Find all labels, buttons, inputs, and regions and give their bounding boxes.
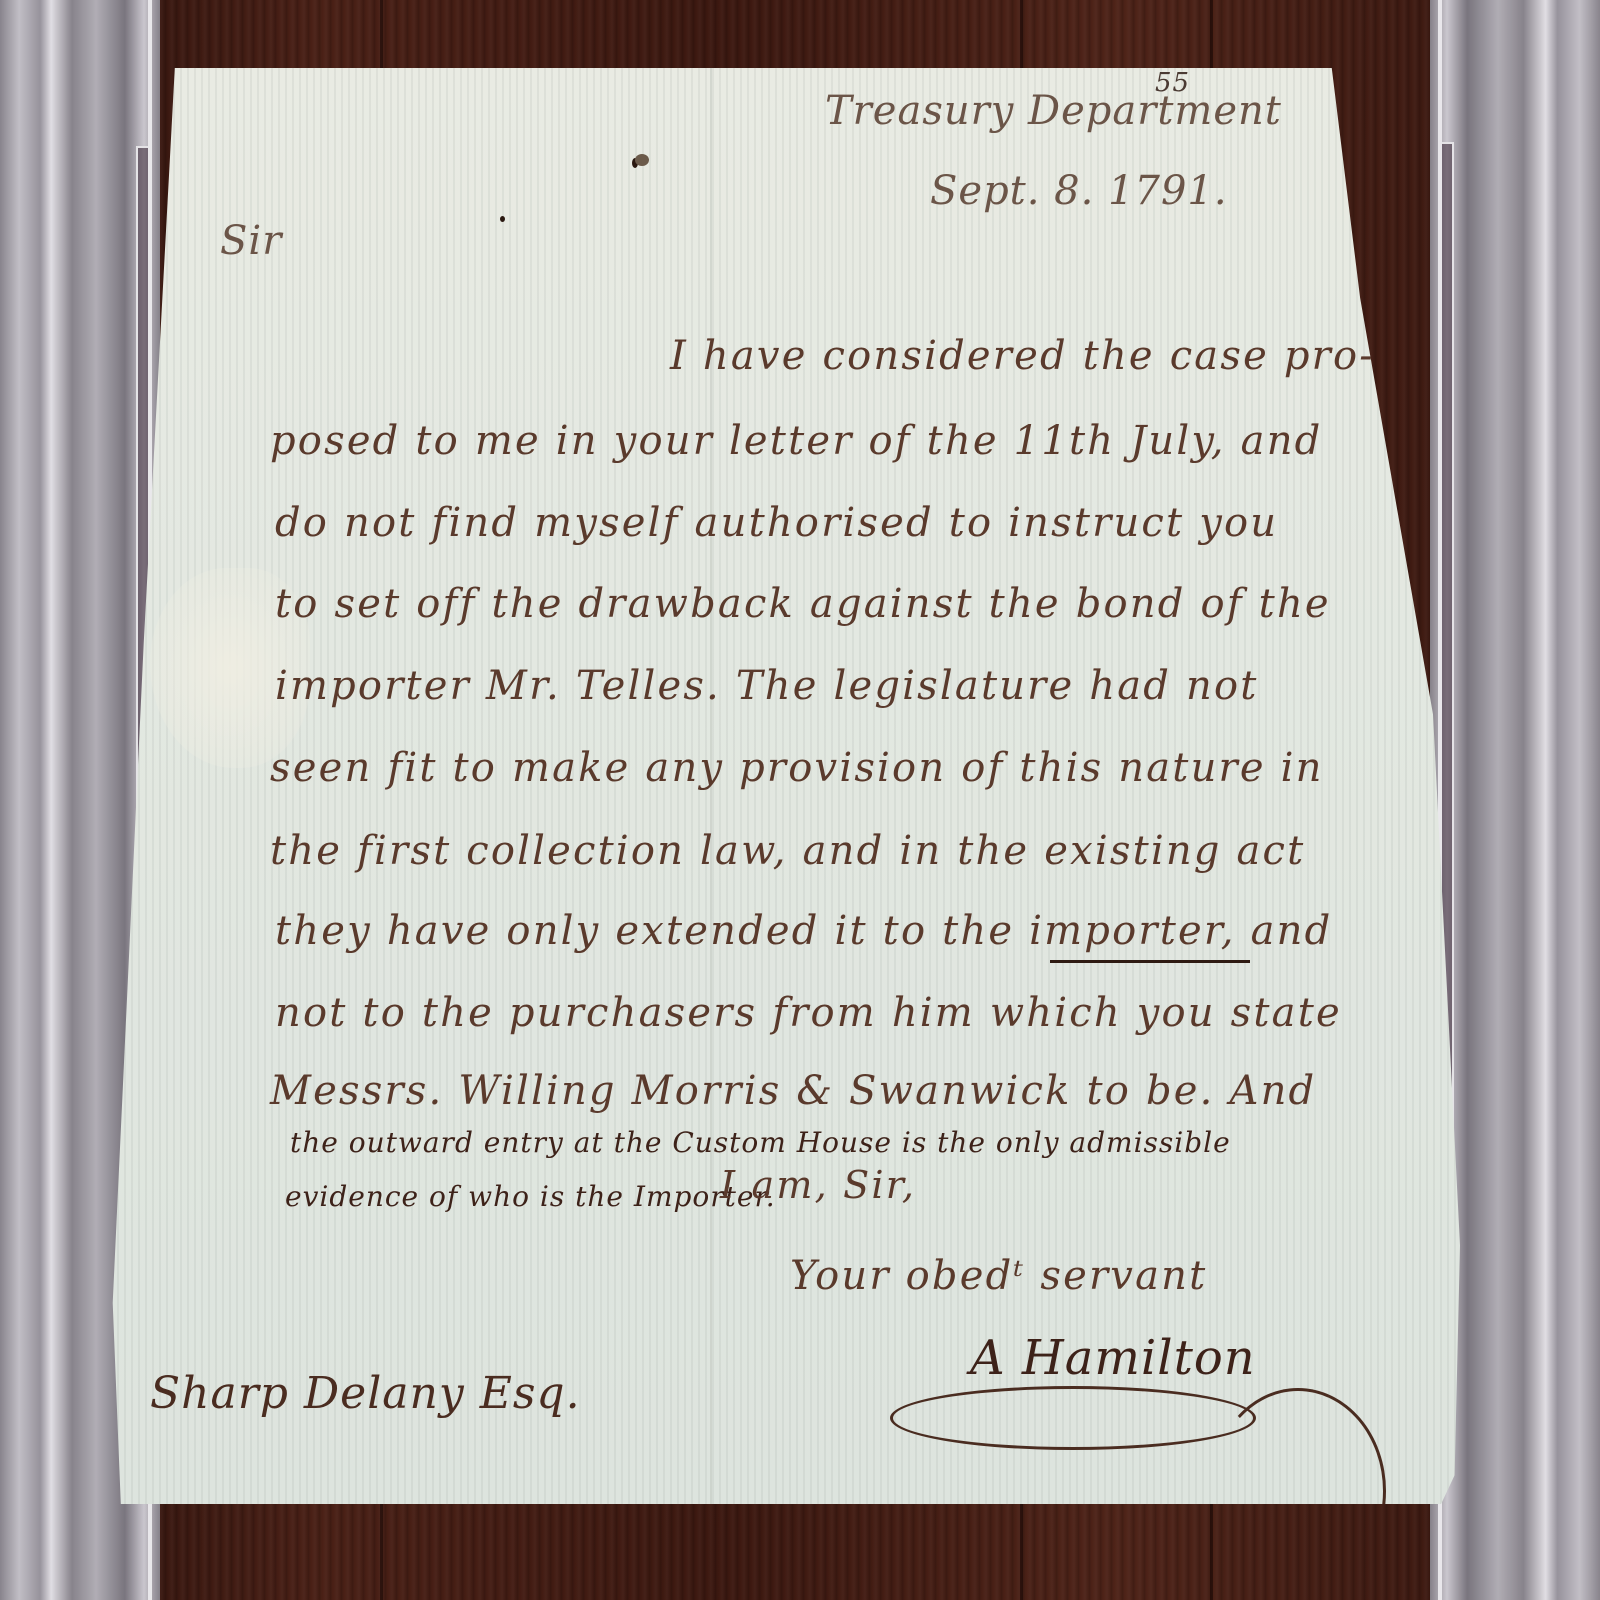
body-line-6: seen fit to make any provision of this n…: [270, 745, 1324, 791]
letter-paper: 55 Treasury Department Sept. 8. 1791. Si…: [110, 68, 1460, 1504]
body-line-2: posed to me in your letter of the 11th J…: [270, 418, 1322, 464]
signature-flourish: [890, 1386, 1256, 1450]
addendum-line-2: evidence of who is the Importer.: [285, 1180, 776, 1213]
body-line-10: Messrs. Willing Morris & Swanwick to be.…: [270, 1068, 1316, 1114]
body-line-5: importer Mr. Telles. The legislature had…: [275, 663, 1259, 709]
body-line-9: not to the purchasers from him which you…: [275, 990, 1342, 1036]
ink-spot: [635, 154, 649, 166]
signature: A Hamilton: [970, 1330, 1256, 1386]
body-line-3: do not find myself authorised to instruc…: [275, 500, 1278, 546]
letter-date: Sept. 8. 1791.: [930, 168, 1228, 214]
body-line-1: I have considered the case pro-: [670, 333, 1375, 379]
body-line-7: the first collection law, and in the exi…: [270, 828, 1305, 874]
importer-underline: [1050, 960, 1250, 963]
addendum-line-1: the outward entry at the Custom House is…: [290, 1126, 1231, 1159]
letter-place: Treasury Department: [825, 88, 1282, 134]
addressee: Sharp Delany Esq.: [150, 1368, 581, 1419]
body-line-4: to set off the drawback against the bond…: [275, 581, 1331, 627]
closing-inline: I am, Sir,: [720, 1163, 916, 1207]
body-line-8: they have only extended it to the import…: [275, 908, 1332, 954]
closing: Your obedᵗ servant: [790, 1253, 1207, 1299]
ink-spot: [500, 216, 505, 222]
salutation: Sir: [220, 218, 282, 264]
